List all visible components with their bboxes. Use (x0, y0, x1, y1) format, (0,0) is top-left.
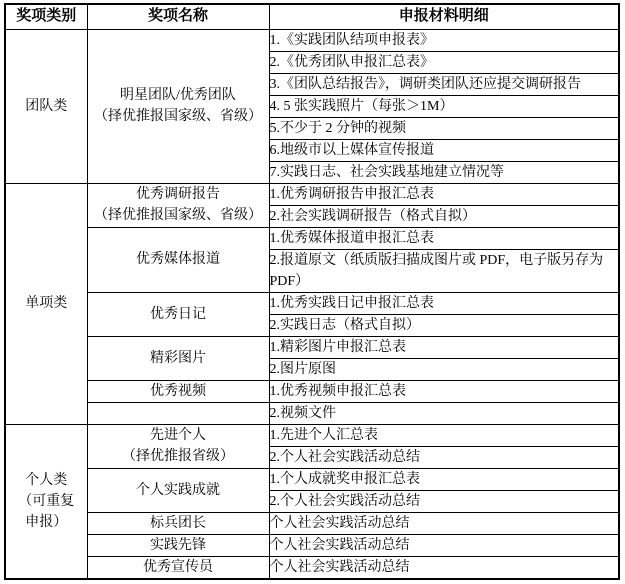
award-name-cell: 先进个人（择优推报省级） (87, 424, 269, 468)
award-name-cell: 精彩图片 (87, 336, 269, 380)
table-row: 标兵团长个人社会实践活动总结 (5, 512, 619, 534)
table-row: 优秀媒体报道1.优秀媒体报道申报汇总表 (5, 227, 619, 249)
table-row: 单项类优秀调研报告（择优推报国家级、省级）1.优秀调研报告申报汇总表 (5, 183, 619, 205)
material-cell: 4. 5 张实践照片（每张＞1M） (269, 95, 619, 117)
award-name-cell: 实践先锋 (87, 534, 269, 556)
material-cell: 1.个人成就奖申报汇总表 (269, 468, 619, 490)
material-cell: 1.优秀实践日记申报汇总表 (269, 292, 619, 314)
material-cell: 个人社会实践活动总结 (269, 534, 619, 556)
award-name-cell: 优秀媒体报道 (87, 227, 269, 292)
material-cell: 2.视频文件 (269, 402, 619, 424)
category-cell-2: 个人类（可重复申报） (5, 424, 87, 579)
award-name-cell: 优秀视频 (87, 380, 269, 402)
awards-table-header: 奖项类别 奖项名称 申报材料明细 (5, 4, 619, 29)
material-cell: 2.《优秀团队申报汇总表》 (269, 51, 619, 73)
table-row: 优秀日记1.优秀实践日记申报汇总表 (5, 292, 619, 314)
table-row: 优秀视频1.优秀视频申报汇总表 (5, 380, 619, 402)
material-cell: 2.个人社会实践活动总结 (269, 490, 619, 512)
material-cell: 2.实践日志（格式自拟） (269, 314, 619, 336)
award-name-cell (87, 402, 269, 424)
column-header-material-detail: 申报材料明细 (269, 4, 619, 29)
award-name-cell: 优秀调研报告（择优推报国家级、省级） (87, 183, 269, 227)
category-cell-0: 团队类 (5, 29, 87, 183)
header-row: 奖项类别 奖项名称 申报材料明细 (5, 4, 619, 29)
category-cell-1: 单项类 (5, 183, 87, 424)
table-row: 2.视频文件 (5, 402, 619, 424)
award-name-cell: 明星团队/优秀团队（择优推报国家级、省级） (87, 29, 269, 183)
material-cell: 1.《实践团队结项申报表》 (269, 29, 619, 51)
material-cell: 个人社会实践活动总结 (269, 556, 619, 579)
table-row: 个人实践成就1.个人成就奖申报汇总表 (5, 468, 619, 490)
award-name-cell: 个人实践成就 (87, 468, 269, 512)
material-cell: 3.《团队总结报告》，调研类团队还应提交调研报告 (269, 73, 619, 95)
award-name-cell: 优秀宣传员 (87, 556, 269, 579)
material-cell: 1.先进个人汇总表 (269, 424, 619, 446)
material-cell: 2.个人社会实践活动总结 (269, 446, 619, 468)
table-row: 个人类（可重复申报）先进个人（择优推报省级）1.先进个人汇总表 (5, 424, 619, 446)
column-header-award-name: 奖项名称 (87, 4, 269, 29)
material-cell: 2.社会实践调研报告（格式自拟） (269, 205, 619, 227)
award-name-cell: 优秀日记 (87, 292, 269, 336)
table-row: 优秀宣传员个人社会实践活动总结 (5, 556, 619, 579)
material-cell: 1.优秀媒体报道申报汇总表 (269, 227, 619, 249)
awards-table-body: 团队类明星团队/优秀团队（择优推报国家级、省级）1.《实践团队结项申报表》2.《… (5, 29, 619, 579)
column-header-award-category: 奖项类别 (5, 4, 87, 29)
award-name-cell: 标兵团长 (87, 512, 269, 534)
table-row: 精彩图片1.精彩图片申报汇总表 (5, 336, 619, 358)
material-cell: 6.地级市以上媒体宣传报道 (269, 139, 619, 161)
awards-table: 奖项类别 奖项名称 申报材料明细 团队类明星团队/优秀团队（择优推报国家级、省级… (4, 3, 620, 580)
material-cell: 1.优秀调研报告申报汇总表 (269, 183, 619, 205)
material-cell: 1.精彩图片申报汇总表 (269, 336, 619, 358)
table-row: 实践先锋个人社会实践活动总结 (5, 534, 619, 556)
table-row: 团队类明星团队/优秀团队（择优推报国家级、省级）1.《实践团队结项申报表》 (5, 29, 619, 51)
material-cell: 2.报道原文（纸质版扫描成图片或 PDF，电子版另存为 PDF） (269, 249, 619, 292)
material-cell: 个人社会实践活动总结 (269, 512, 619, 534)
material-cell: 7.实践日志、社会实践基地建立情况等 (269, 161, 619, 183)
material-cell: 2.图片原图 (269, 358, 619, 380)
material-cell: 5.不少于 2 分钟的视频 (269, 117, 619, 139)
material-cell: 1.优秀视频申报汇总表 (269, 380, 619, 402)
